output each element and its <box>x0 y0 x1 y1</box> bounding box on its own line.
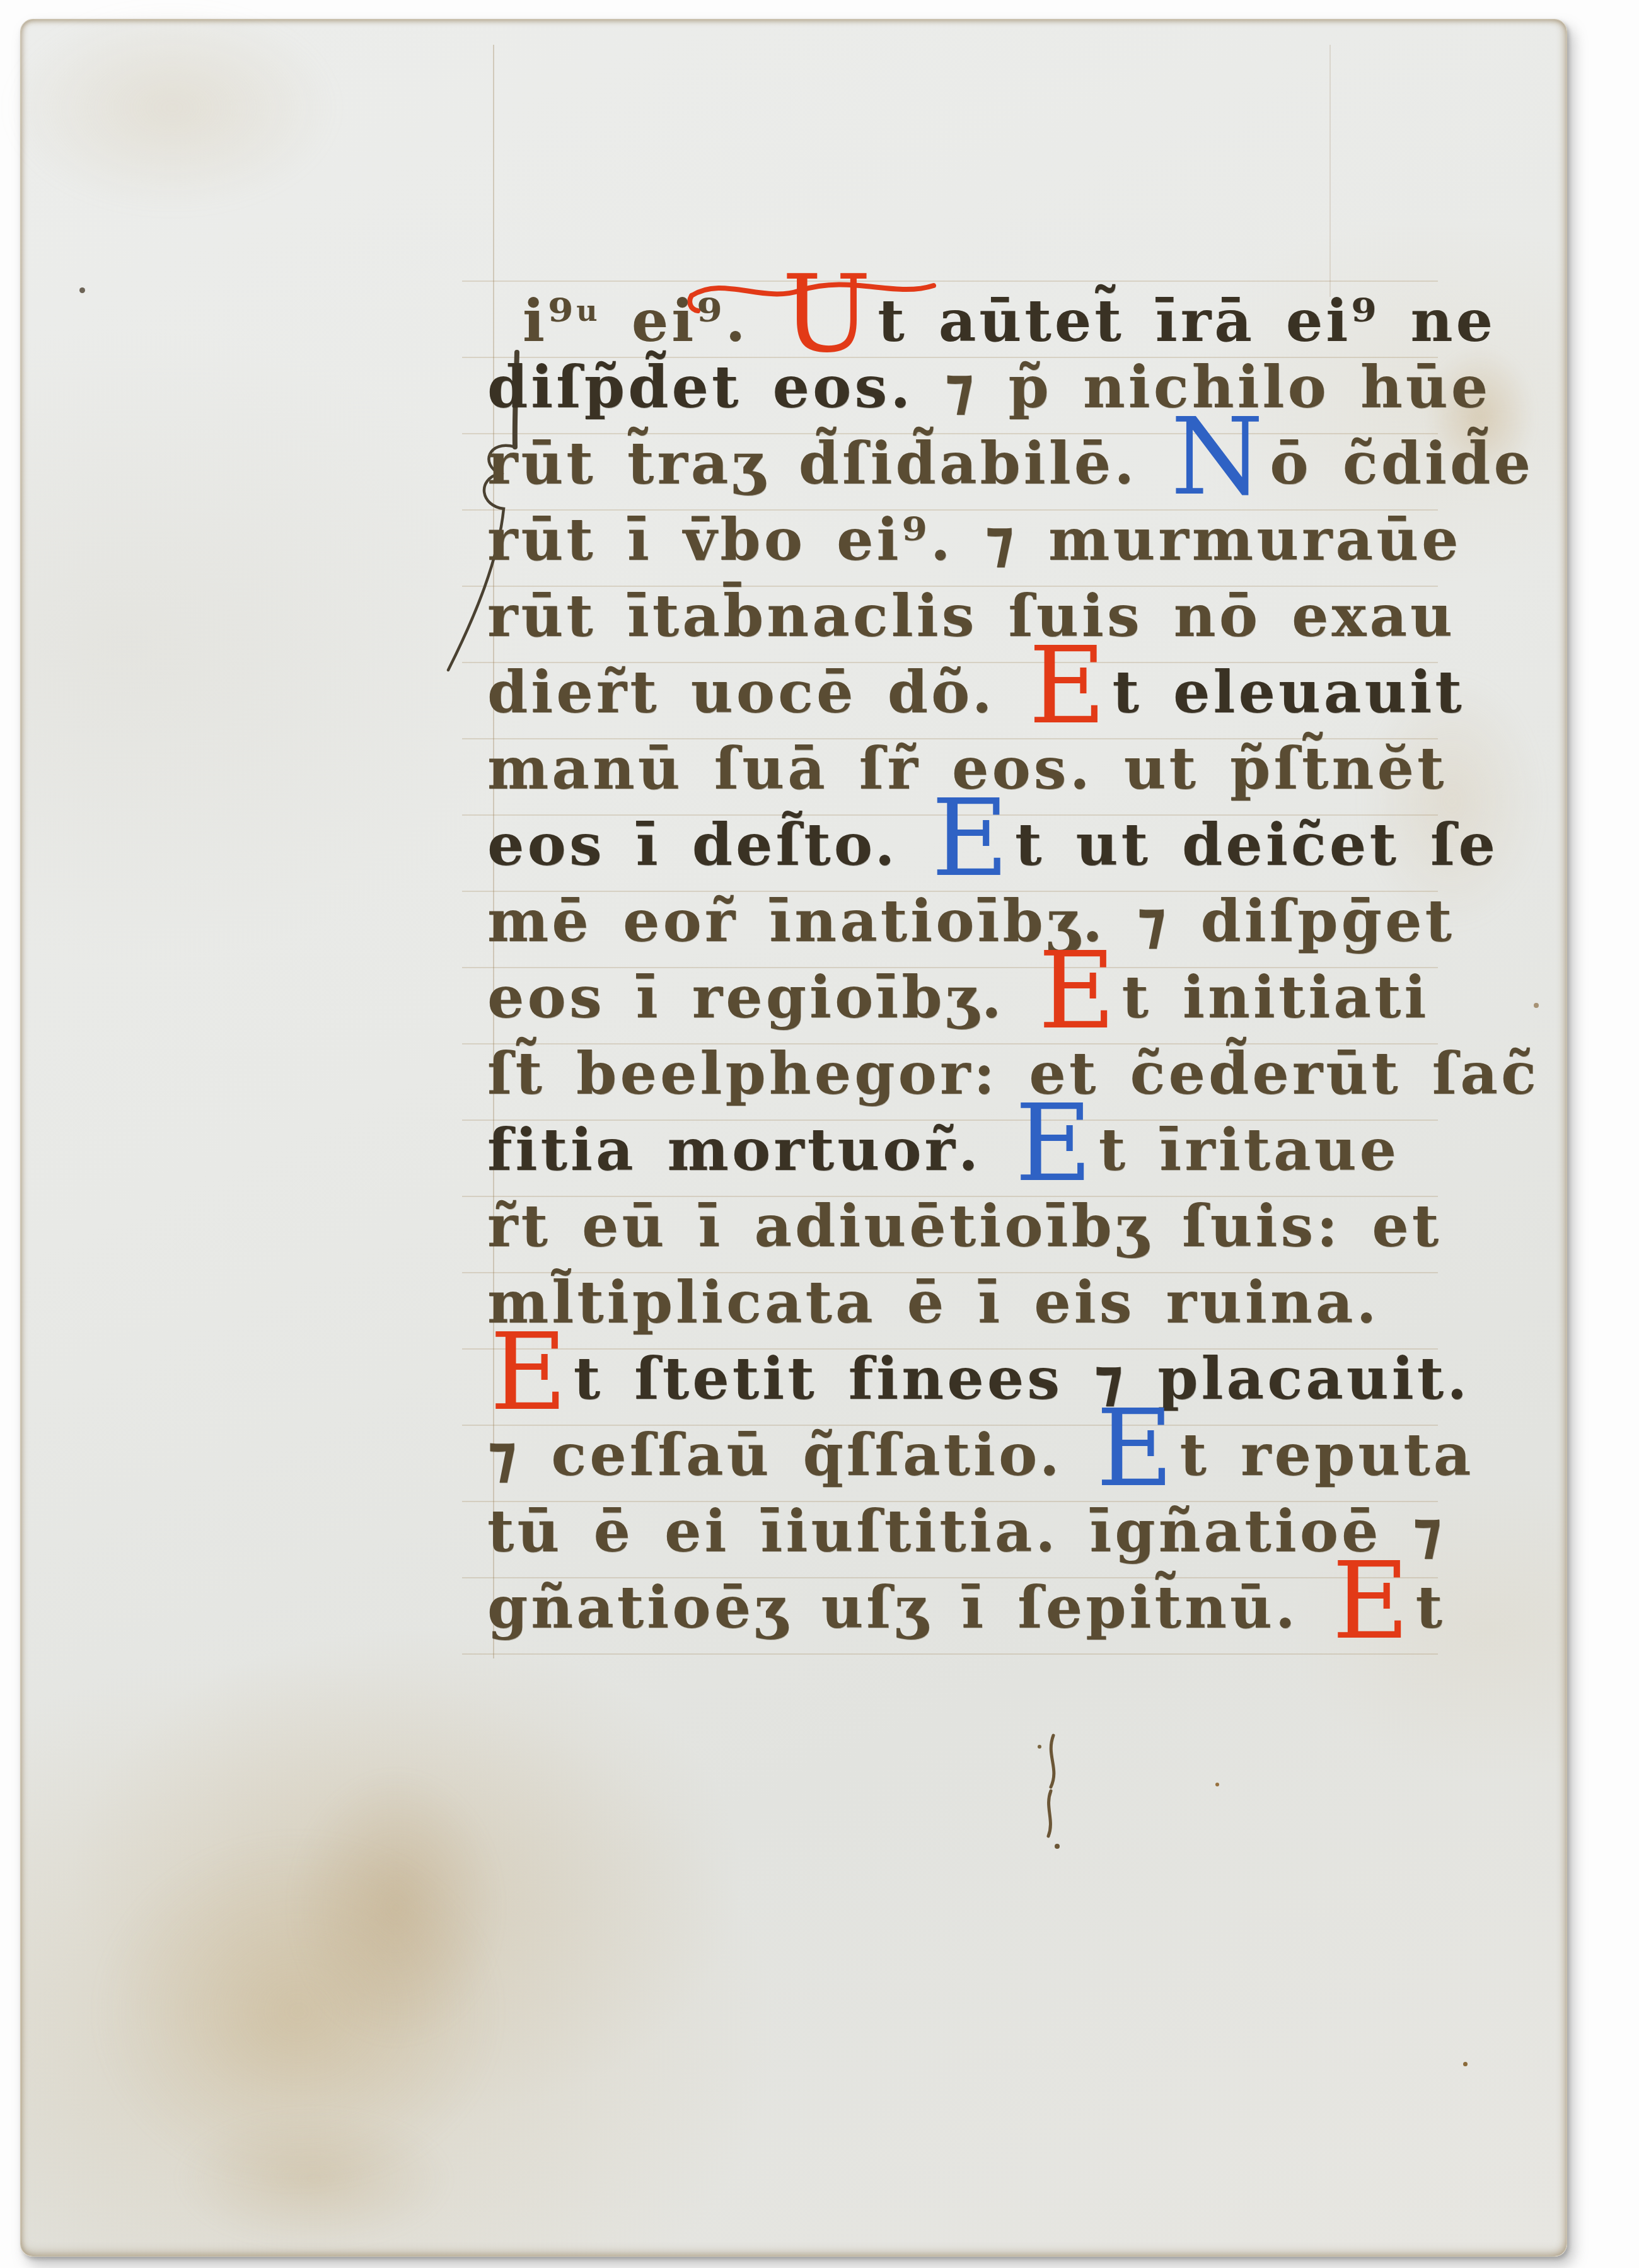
manuscript-leaf: i⁹u ei⁹. Ut aūtet̃ īrā ei⁹ nediſp̃d̃et e… <box>20 19 1567 2257</box>
speck-right-edge <box>1534 1003 1539 1008</box>
text-segment: ⁊ ceſſaū q̃ſſatio. <box>487 1421 1094 1489</box>
text-line: gñatioēʒ uſʒ ī ſepit̃nū. Et <box>487 1570 1471 1646</box>
illuminated-initial: E <box>929 777 1015 900</box>
text-segment: r̃t eū ī adiuētioībʒ ſuis: et <box>487 1192 1442 1260</box>
text-segment: t aūtet̃ īrā ei⁹ ne <box>877 287 1496 355</box>
photo-canvas: { "artifact": { "kind_label": "manuscrip… <box>0 0 1639 2268</box>
text-segment: i⁹ <box>523 287 576 355</box>
text-line: diſp̃d̃et eos. ⁊ p̃ nichilo hūe <box>487 349 1471 425</box>
illuminated-initial: E <box>1036 929 1122 1053</box>
text-segment: t īritaue <box>1099 1116 1399 1184</box>
text-segment: t eleuauit <box>1112 658 1464 726</box>
text-line: ml̃tiplicata ē ī eis ruina. <box>487 1264 1471 1341</box>
text-line: eos ī deſ̃to. Et ut deic̃et ſe <box>487 807 1471 883</box>
text-segment: t <box>1416 1573 1446 1641</box>
text-line: r̃t eū ī adiuētioībʒ ſuis: et <box>487 1188 1471 1264</box>
text-line: dier̃t uocē dõ. Et eleuauit <box>487 654 1471 731</box>
text-segment: rūt t̃raʒ d̃ſid̃abilē. <box>487 429 1168 497</box>
stain-bottom-left-medium <box>292 1772 500 2043</box>
illuminated-initial: E <box>1012 1082 1099 1205</box>
text-line: rūt ī v̄bo ei⁹. ⁊ murmuraūe <box>487 502 1471 578</box>
speck-lower-right-1 <box>1463 2062 1468 2066</box>
text-line: rūt t̃raʒ d̃ſid̃abilē. Nō c̃did̃e <box>487 425 1471 502</box>
text-segment: dier̃t uocē dõ. <box>487 658 1026 726</box>
text-segment: diſp̃d̃et eos. <box>487 353 944 421</box>
text-segment: rūt ī v̄bo ei⁹. ⁊ murmuraūe <box>487 506 1462 574</box>
text-segment: ml̃tiplicata ē ī eis ruina. <box>487 1268 1379 1336</box>
text-line: ⁊ ceſſaū q̃ſſatio. Et reputa <box>487 1417 1471 1493</box>
right-vertical-rule <box>1329 45 1331 297</box>
stain-top-left-corner <box>8 7 336 209</box>
stain-bottom-streak <box>178 2112 449 2245</box>
text-line: rūt ītab̄naclis ſuis nō exau <box>487 578 1471 654</box>
text-segment: u <box>576 294 600 328</box>
text-line: ſt̃ beelphegor: et c̃ed̃erūt ſac̃ <box>487 1036 1471 1112</box>
text-segment: eos ī regioībʒ. <box>487 963 1036 1031</box>
text-line: fitia mortuor̃. Et īritaue <box>487 1112 1471 1188</box>
text-segment: gñatioēʒ uſʒ ī ſepit̃nū. <box>487 1573 1329 1641</box>
stain-bottom-left-large <box>96 1835 500 2188</box>
text-segment: t initiati <box>1122 963 1430 1031</box>
illuminated-initial: E <box>1026 624 1113 748</box>
horizontal-rule <box>462 1653 1438 1655</box>
text-segment: mē eor̃ īnatioībʒ. ⁊ diſpḡet <box>487 887 1455 955</box>
text-segment: t ut deic̃et ſe <box>1015 811 1498 879</box>
text-segment: ei⁹. <box>601 287 780 355</box>
text-line: tū ē ei īiuſtitia. īgñatioē ⁊ <box>487 1493 1471 1570</box>
text-segment: eos ī deſ̃to. <box>487 811 929 879</box>
illuminated-initial: E <box>1094 1387 1180 1510</box>
text-segment: rūt ītab̄naclis ſuis nō exau <box>487 582 1456 650</box>
text-segment: t ſtetit finees ⁊ placauit. <box>574 1345 1471 1413</box>
speck-lower-center <box>1215 1783 1219 1786</box>
text-segment: t reputa <box>1179 1421 1474 1489</box>
text-segment: ō c̃did̃e <box>1270 429 1534 497</box>
illuminated-initial: N <box>1168 395 1270 519</box>
text-line: i⁹u ei⁹. Ut aūtet̃ īrā ei⁹ ne <box>487 273 1471 349</box>
text-line: eos ī regioībʒ. Et initiati <box>487 959 1471 1036</box>
lower-margin-mark <box>1024 1729 1087 1861</box>
text-line: mē eor̃ īnatioībʒ. ⁊ diſpḡet <box>487 883 1471 959</box>
text-segment: tū ē ei īiuſtitia. īgñatioē ⁊ <box>487 1497 1445 1565</box>
text-line: Et ſtetit finees ⁊ placauit. <box>487 1341 1471 1417</box>
text-segment: fitia mortuor̃. <box>487 1116 1012 1184</box>
illuminated-initial: E <box>1329 1539 1416 1663</box>
illuminated-initial: E <box>487 1310 574 1434</box>
speck-upper-left <box>79 287 85 293</box>
text-block: i⁹u ei⁹. Ut aūtet̃ īrā ei⁹ nediſp̃d̃et e… <box>487 273 1471 1646</box>
